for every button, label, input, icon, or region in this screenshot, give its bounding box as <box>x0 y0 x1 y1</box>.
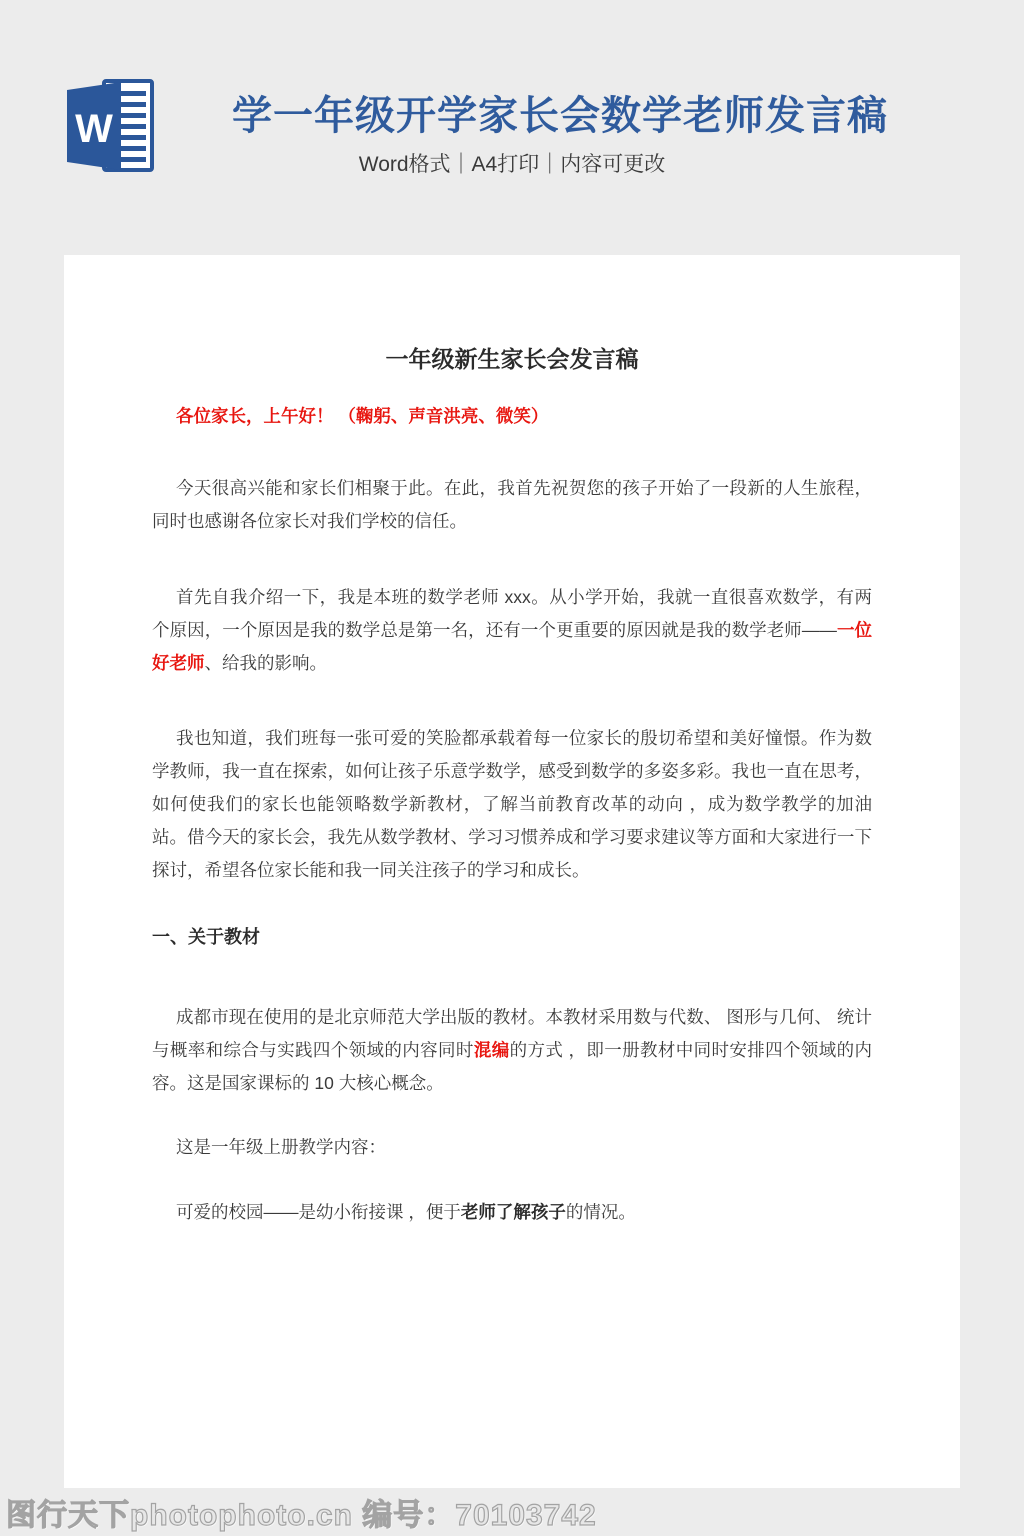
doc-paragraph-2-tail: 、给我的影响。 <box>205 653 328 673</box>
document-page: 一年级新生家长会发言稿 各位家长，上午好！ （鞠躬、声音洪亮、微笑） 今天很高兴… <box>64 255 960 1488</box>
doc-paragraph-1: 今天很高兴能和家长们相聚于此。在此，我首先祝贺您的孩子开始了一段新的人生旅程，同… <box>152 472 872 538</box>
watermark-bar: 图行天下photophoto.cn 编号：70103742 <box>0 1488 1024 1536</box>
doc-paragraph-4: 成都市现在使用的是北京师范大学出版的教材。本教材采用数与代数、 图形与几何、 统… <box>152 1001 872 1100</box>
doc-paragraph-2-text: 首先自我介绍一下，我是本班的数学老师 xxx。从小学开始，我就一直很喜欢数学，有… <box>152 587 872 640</box>
doc-paragraph-6-bold-emphasis: 老师了解孩子 <box>461 1202 566 1222</box>
section-heading-1: 一、关于教材 <box>152 923 872 951</box>
doc-paragraph-3: 我也知道，我们班每一张可爱的笑脸都承载着每一位家长的殷切希望和美好憧憬。作为数学… <box>152 722 872 887</box>
word-icon: W <box>66 78 154 173</box>
header: W 学一年级开学家长会数学老师发言稿 Word格式｜A4打印｜内容可更改 <box>0 0 1024 180</box>
doc-title: 一年级新生家长会发言稿 <box>152 343 872 375</box>
doc-paragraph-2: 首先自我介绍一下，我是本班的数学老师 xxx。从小学开始，我就一直很喜欢数学，有… <box>152 581 872 680</box>
doc-paragraph-6-tail: 的情况。 <box>566 1202 636 1222</box>
doc-greeting: 各位家长，上午好！ （鞠躬、声音洪亮、微笑） <box>152 403 872 429</box>
watermark-text: 图行天下photophoto.cn 编号：70103742 <box>6 1490 597 1534</box>
doc-paragraph-5: 这是一年级上册教学内容： <box>152 1131 872 1164</box>
doc-paragraph-4-red-emphasis: 混编 <box>474 1040 510 1060</box>
doc-paragraph-6: 可爱的校园——是幼小衔接课 ，便于老师了解孩子的情况。 <box>152 1196 872 1229</box>
word-icon-letter: W <box>75 107 113 151</box>
doc-paragraph-6-text: 可爱的校园——是幼小衔接课 ，便于 <box>176 1202 461 1222</box>
